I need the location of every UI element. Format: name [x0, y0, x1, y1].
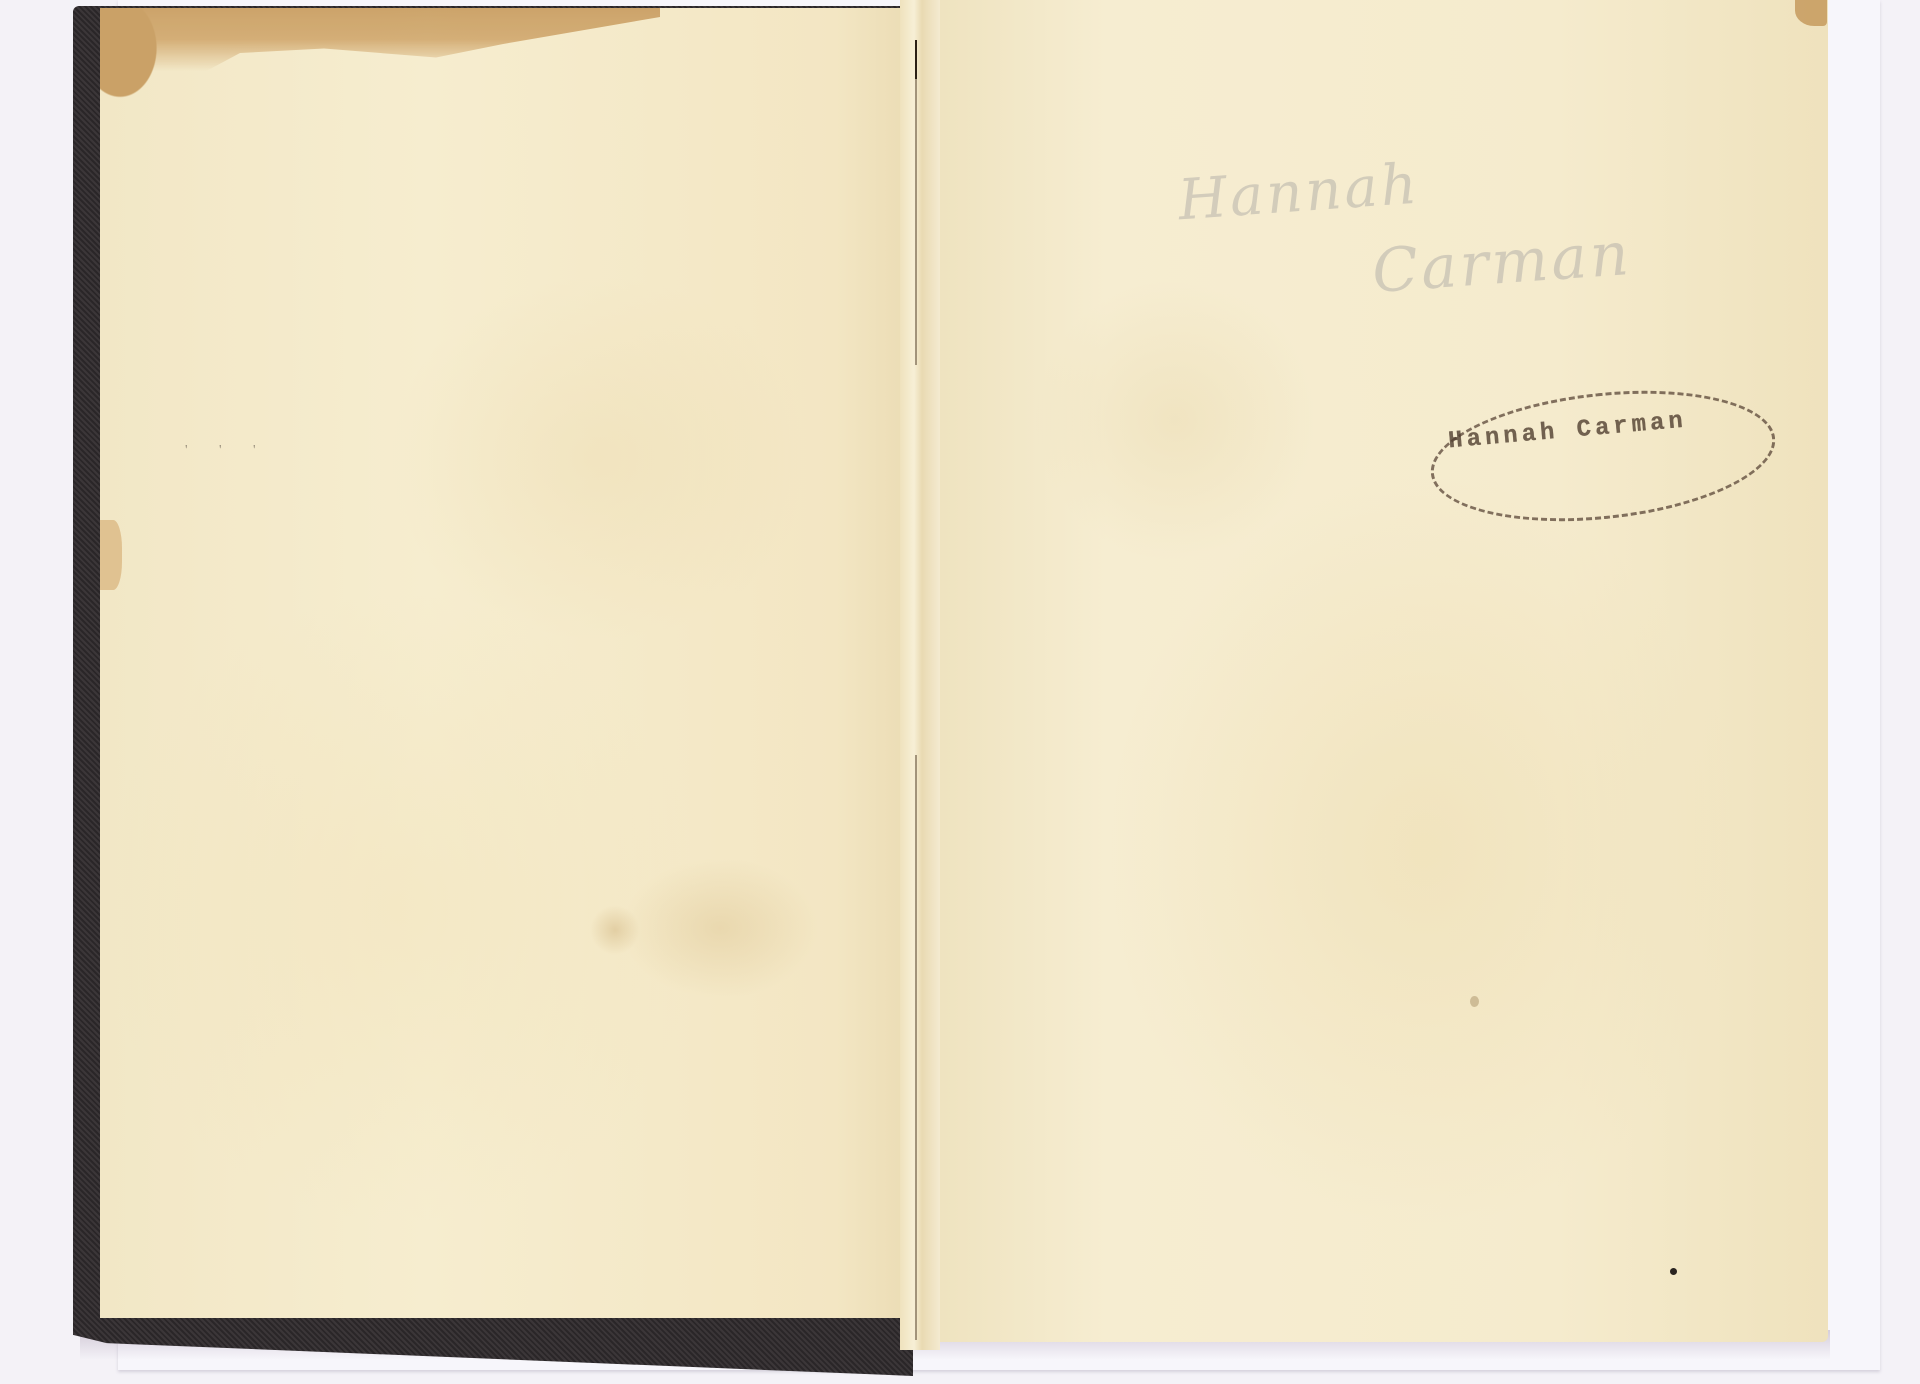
foxing-spot [1470, 996, 1479, 1007]
foxing-stain [590, 905, 640, 955]
ink-dot [1670, 1268, 1677, 1275]
left-endpaper [100, 8, 918, 1318]
book-gutter [900, 0, 940, 1350]
binding-thread [915, 40, 917, 1340]
water-stain-left-edge [100, 520, 122, 590]
left-page-specks: ' ' ' [185, 443, 270, 459]
